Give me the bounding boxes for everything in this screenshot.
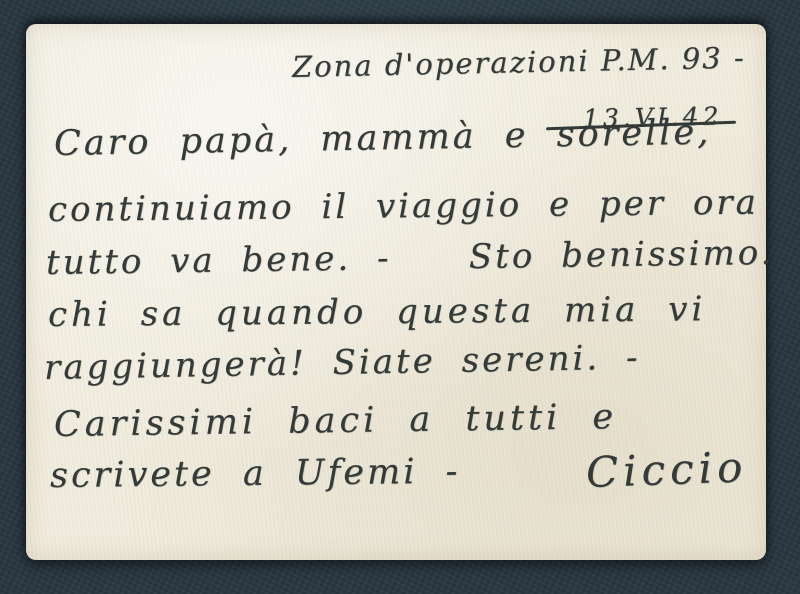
handwritten-line-3: tutto va bene. - Sto benissimo.: [46, 233, 775, 283]
handwritten-line-4: chi sa quando questa mia vi: [48, 289, 707, 335]
signature: Ciccio: [585, 442, 748, 497]
handwritten-line-1: Caro papà, mammà e sorelle,: [54, 113, 712, 164]
location-header-line: Zona d'operazioni P.M. 93 -: [292, 41, 746, 84]
postcard-paper: Zona d'operazioni P.M. 93 - 13.VI.42 Car…: [26, 24, 766, 560]
handwritten-line-2: continuiamo il viaggio e per ora: [48, 183, 759, 230]
photo-background: Zona d'operazioni P.M. 93 - 13.VI.42 Car…: [0, 0, 800, 594]
handwritten-line-6: Carissimi baci a tutti e: [54, 397, 618, 445]
handwritten-line-7: scrivete a Ufemi -: [50, 452, 461, 496]
handwritten-line-5: raggiungerà! Siate sereni. -: [44, 338, 641, 388]
